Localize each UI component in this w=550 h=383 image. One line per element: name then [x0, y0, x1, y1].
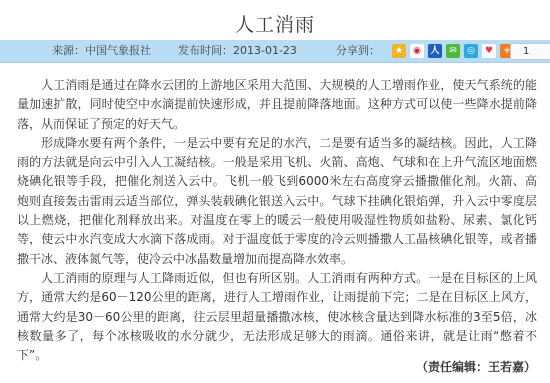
- douban-icon[interactable]: ♥: [482, 44, 496, 58]
- article-paragraph: 人工消雨是通过在降水云团的上游地区采用大范围、大规模的人工增雨作业，使天气系统的…: [17, 76, 537, 134]
- share-count[interactable]: 1: [510, 43, 550, 60]
- article-source: 来源：中国气象报社: [52, 40, 151, 62]
- share-icon-list: ★ ◉ 人 ✉ ◎ ♥ +: [392, 44, 514, 58]
- article-title: 人工消雨: [0, 12, 550, 38]
- responsible-editor: （责任编辑：王若嘉）: [416, 358, 536, 375]
- article-paragraph: 人工消雨的原理与人工降雨近似，但也有所区别。人工消雨有两种方式。一是在目标区的上…: [17, 269, 537, 365]
- renren-icon[interactable]: 人: [428, 44, 442, 58]
- article-paragraph: 形成降水要有两个条件，一是云中要有充足的水汽，二是要有适当多的凝结核。因此，人工…: [17, 134, 537, 269]
- weibo-icon[interactable]: ◉: [410, 44, 424, 58]
- wechat-icon[interactable]: ✉: [446, 44, 460, 58]
- article-meta-bar: 来源：中国气象报社 发布时间：2013-01-23 分享到： ★ ◉ 人 ✉ ◎…: [0, 40, 550, 63]
- qzone-icon[interactable]: ★: [392, 44, 406, 58]
- tencent-weibo-icon[interactable]: ◎: [464, 44, 478, 58]
- publish-date: 发布时间：2013-01-23: [178, 40, 297, 62]
- share-label: 分享到：: [336, 40, 380, 62]
- article-body: 人工消雨是通过在降水云团的上游地区采用大范围、大规模的人工增雨作业，使天气系统的…: [17, 76, 537, 365]
